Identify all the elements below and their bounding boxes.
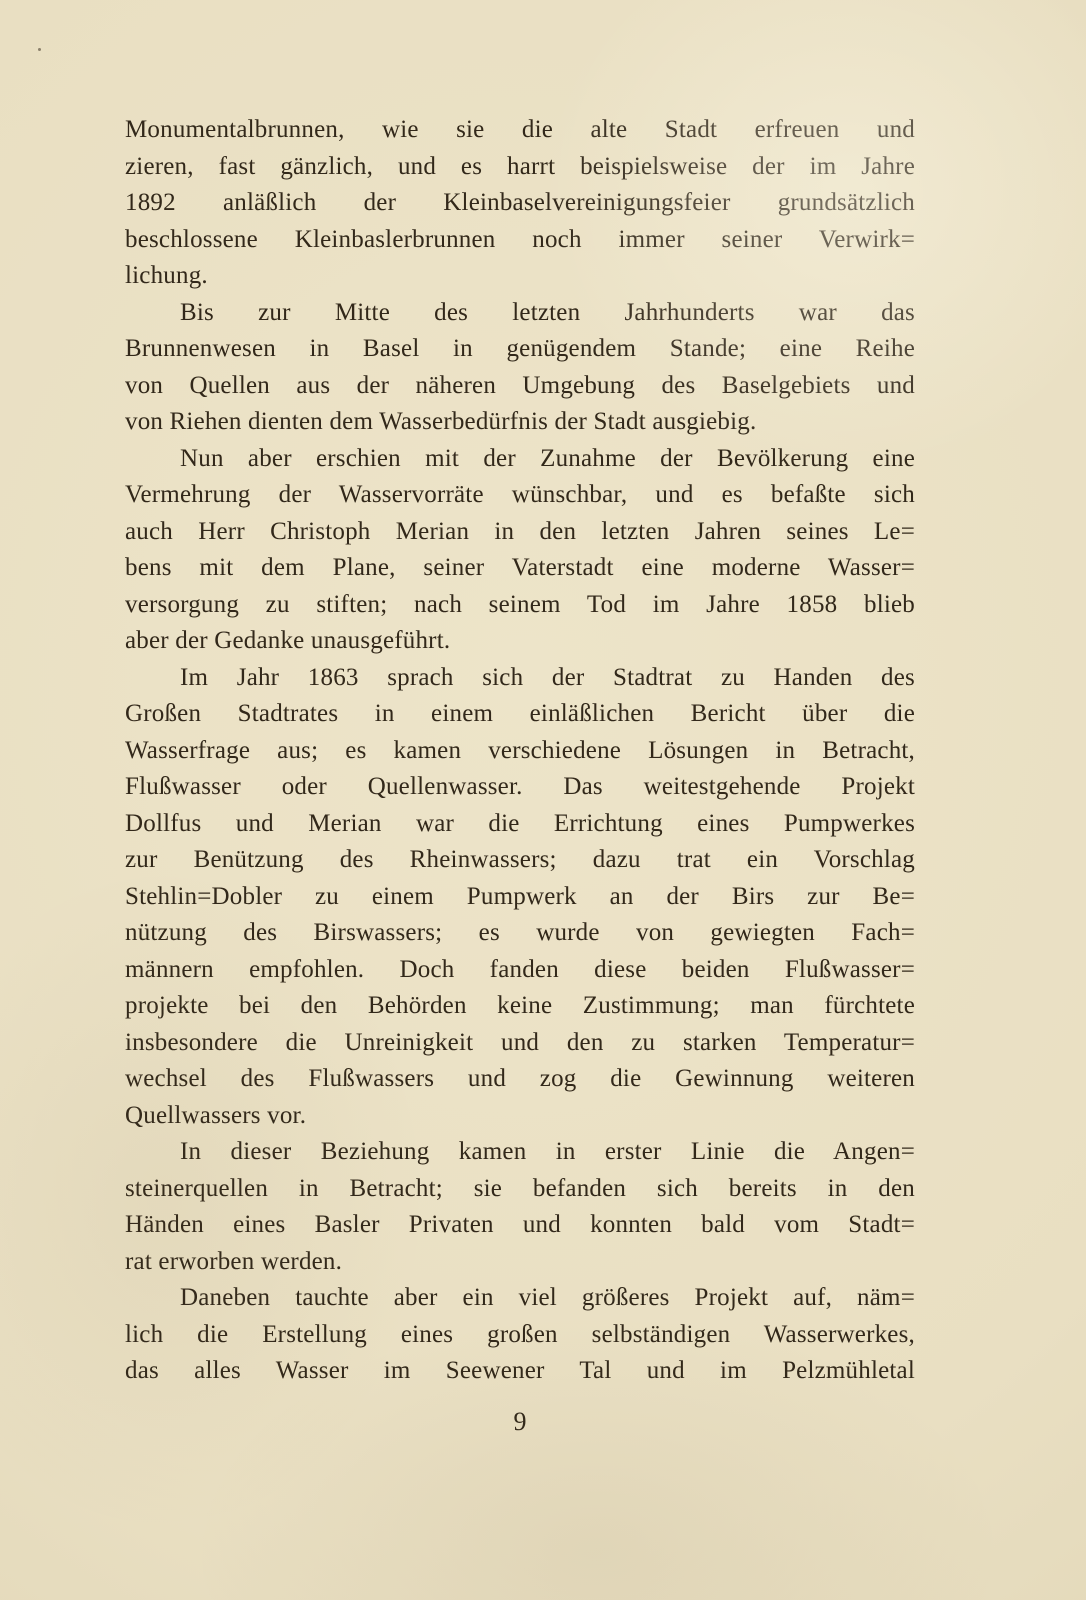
text-line: versorgung zu stiften; nach seinem Tod i… xyxy=(125,587,915,624)
text-line: von Quellen aus der näheren Umgebung des… xyxy=(125,368,915,405)
text-line: männern empfohlen. Doch fanden diese bei… xyxy=(125,952,915,989)
text-line: Stehlin=Dobler zu einem Pumpwerk an der … xyxy=(125,879,915,916)
text-line: Händen eines Basler Privaten und konnten… xyxy=(125,1207,915,1244)
text-line: wechsel des Flußwassers und zog die Gewi… xyxy=(125,1061,915,1098)
text-line: Vermehrung der Wasservorräte wünschbar, … xyxy=(125,477,915,514)
page-text-block: Monumentalbrunnen, wie sie die alte Stad… xyxy=(125,112,915,1390)
text-line: lichung. xyxy=(125,258,915,295)
text-line: rat erworben werden. xyxy=(125,1244,915,1281)
text-line: Daneben tauchte aber ein viel größeres P… xyxy=(125,1280,915,1317)
text-line: projekte bei den Behörden keine Zustimmu… xyxy=(125,988,915,1025)
text-line: Wasserfrage aus; es kamen verschiedene L… xyxy=(125,733,915,770)
text-line: bens mit dem Plane, seiner Vaterstadt ei… xyxy=(125,550,915,587)
text-line: steinerquellen in Betracht; sie befanden… xyxy=(125,1171,915,1208)
text-line: Flußwasser oder Quellenwasser. Das weite… xyxy=(125,769,915,806)
text-line: beschlossene Kleinbaslerbrunnen noch imm… xyxy=(125,222,915,259)
text-line: nützung des Birswassers; es wurde von ge… xyxy=(125,915,915,952)
text-line: Bis zur Mitte des letzten Jahrhunderts w… xyxy=(125,295,915,332)
text-line: lich die Erstellung eines großen selbstä… xyxy=(125,1317,915,1354)
text-line: Im Jahr 1863 sprach sich der Stadtrat zu… xyxy=(125,660,915,697)
text-line: insbesondere die Unreinigkeit und den zu… xyxy=(125,1025,915,1062)
text-line: zieren, fast gänzlich, und es harrt beis… xyxy=(125,149,915,186)
page-number: 9 xyxy=(125,1402,915,1442)
text-line: Großen Stadtrates in einem einläßlichen … xyxy=(125,696,915,733)
text-line: Monumentalbrunnen, wie sie die alte Stad… xyxy=(125,112,915,149)
text-line: zur Benützung des Rheinwassers; dazu tra… xyxy=(125,842,915,879)
text-line: Quellwassers vor. xyxy=(125,1098,915,1135)
text-line: In dieser Beziehung kamen in erster Lini… xyxy=(125,1134,915,1171)
text-line: aber der Gedanke unausgeführt. xyxy=(125,623,915,660)
text-line: auch Herr Christoph Merian in den letzte… xyxy=(125,514,915,551)
text-line: Dollfus und Merian war die Errichtung ei… xyxy=(125,806,915,843)
text-line: von Riehen dienten dem Wasserbedürfnis d… xyxy=(125,404,915,441)
paper-speck xyxy=(38,48,41,51)
text-line: 1892 anläßlich der Kleinbaselvereinigung… xyxy=(125,185,915,222)
text-line: das alles Wasser im Seewener Tal und im … xyxy=(125,1353,915,1390)
book-page: Monumentalbrunnen, wie sie die alte Stad… xyxy=(0,0,1086,1600)
text-line: Brunnenwesen in Basel in genügendem Stan… xyxy=(125,331,915,368)
text-line: Nun aber erschien mit der Zunahme der Be… xyxy=(125,441,915,478)
